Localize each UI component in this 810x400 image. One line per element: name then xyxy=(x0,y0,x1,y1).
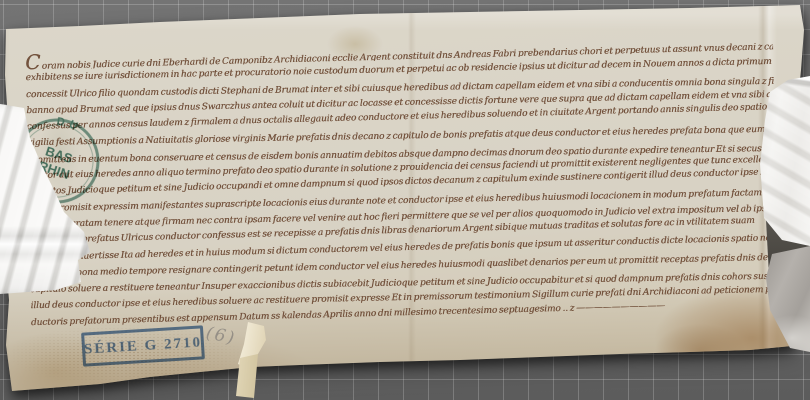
parchment-wrapper: Coram nobis Judice curie dni Eberhardi d… xyxy=(0,0,810,400)
photo-archive-table: Coram nobis Judice curie dni Eberhardi d… xyxy=(0,0,810,400)
round-stamp-ring-text: DU xyxy=(54,114,84,135)
svg-text:DU: DU xyxy=(54,114,84,135)
manuscript-text-block: Coram nobis Judice curie dni Eberhardi d… xyxy=(25,38,779,334)
series-stamp-label: SÉRIE G 2710 xyxy=(83,334,202,358)
